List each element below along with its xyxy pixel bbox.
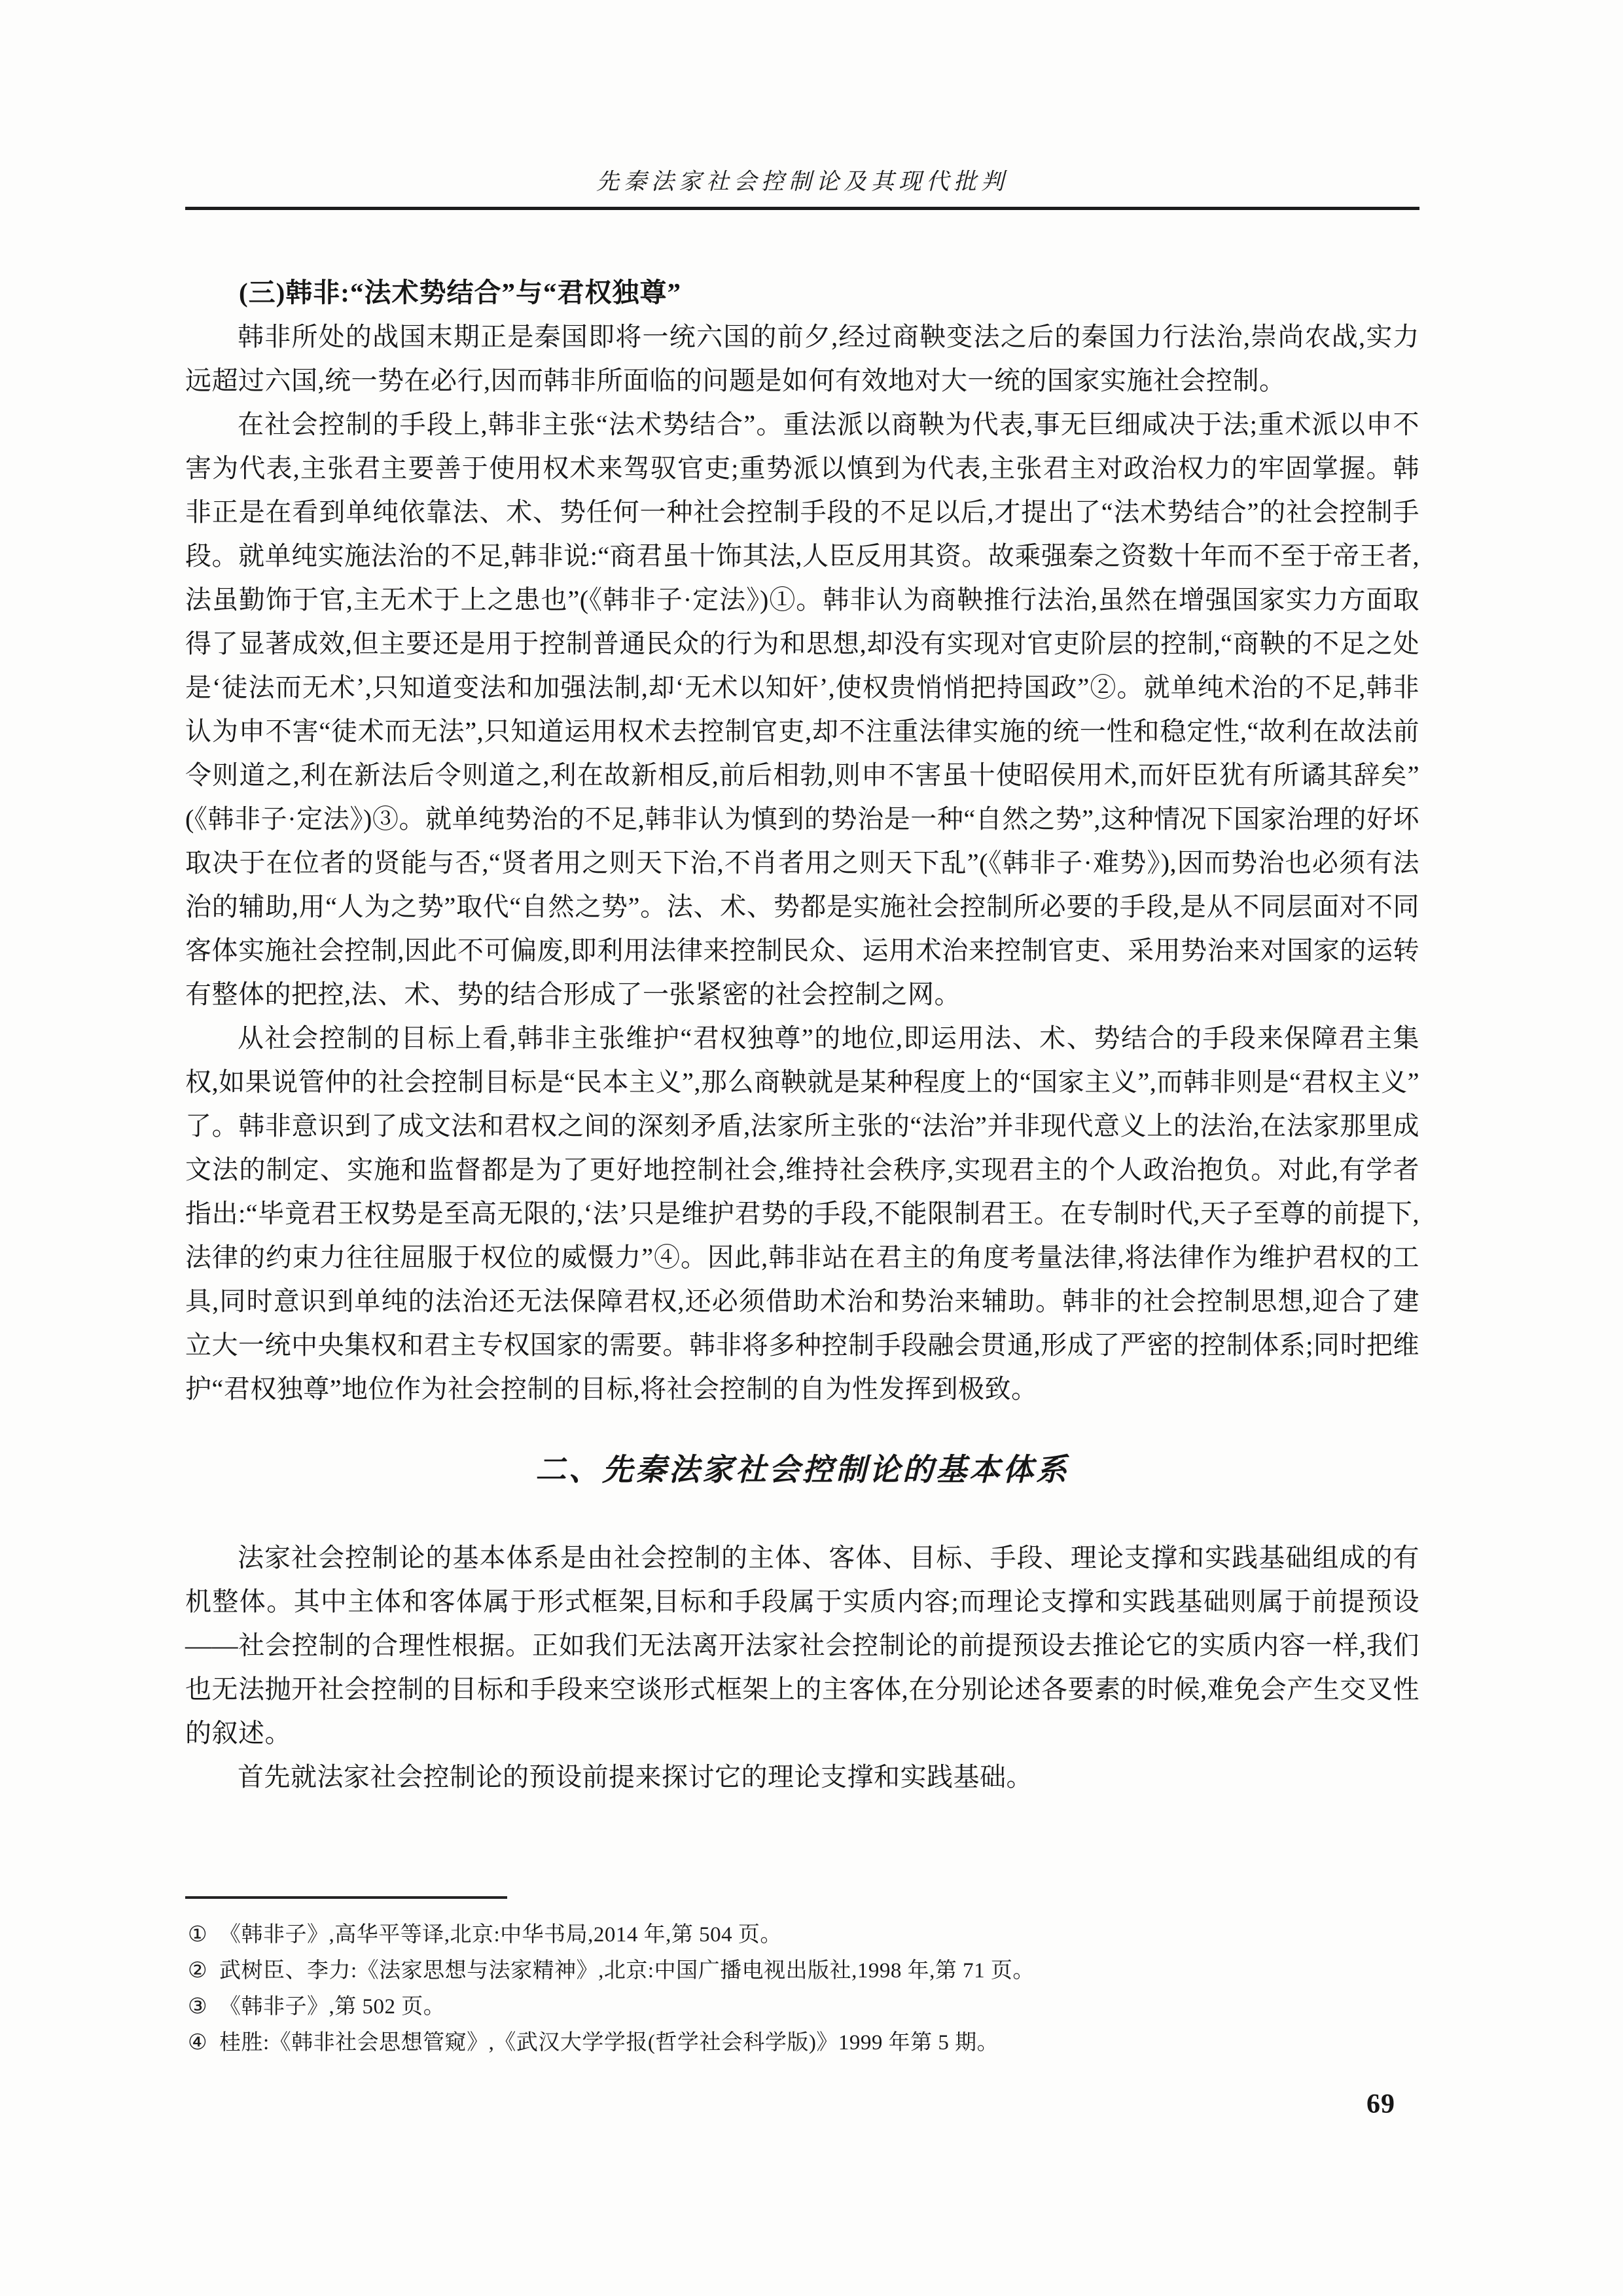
footnote-text: 《韩非子》,第 502 页。 xyxy=(219,1989,1419,2025)
footnote-marker: ③ xyxy=(188,1989,219,2025)
paragraph: 首先就法家社会控制论的预设前提来探讨它的理论支撑和实践基础。 xyxy=(185,1755,1419,1799)
footnotes-block: ① 《韩非子》,高华平等译,北京:中华书局,2014 年,第 504 页。 ② … xyxy=(185,1896,1419,2061)
footnote-item: ② 武树臣、李力:《法家思想与法家精神》,北京:中国广播电视出版社,1998 年… xyxy=(185,1953,1419,1989)
footnote-list: ① 《韩非子》,高华平等译,北京:中华书局,2014 年,第 504 页。 ② … xyxy=(185,1917,1419,2061)
page-number: 69 xyxy=(1366,2089,1395,2120)
running-head-title: 先秦法家社会控制论及其现代批判 xyxy=(185,164,1419,196)
paragraph: 在社会控制的手段上,韩非主张“法术势结合”。重法派以商鞅为代表,事无巨细咸决于法… xyxy=(185,402,1419,1016)
paragraph: 从社会控制的目标上看,韩非主张维护“君权独尊”的地位,即运用法、术、势结合的手段… xyxy=(185,1016,1419,1411)
footnote-separator-rule xyxy=(185,1896,507,1899)
footnote-item: ④ 桂胜:《韩非社会思想管窥》,《武汉大学学报(哲学社会科学版)》1999 年第… xyxy=(185,2025,1419,2061)
subsection-heading: (三)韩非:“法术势结合”与“君权独尊” xyxy=(185,271,1419,315)
footnote-item: ③ 《韩非子》,第 502 页。 xyxy=(185,1989,1419,2025)
footnote-marker: ④ xyxy=(188,2025,219,2061)
document-page: 先秦法家社会控制论及其现代批判 (三)韩非:“法术势结合”与“君权独尊” 韩非所… xyxy=(0,0,1623,2296)
paragraph: 韩非所处的战国末期正是秦国即将一统六国的前夕,经过商鞅变法之后的秦国力行法治,崇… xyxy=(185,315,1419,402)
section-heading: 二、先秦法家社会控制论的基本体系 xyxy=(185,1449,1419,1492)
page-header: 先秦法家社会控制论及其现代批判 xyxy=(185,0,1419,210)
footnote-text: 桂胜:《韩非社会思想管窥》,《武汉大学学报(哲学社会科学版)》1999 年第 5… xyxy=(219,2025,1419,2061)
footnote-text: 《韩非子》,高华平等译,北京:中华书局,2014 年,第 504 页。 xyxy=(219,1917,1419,1953)
footnote-marker: ① xyxy=(188,1917,219,1953)
header-rule xyxy=(185,207,1419,210)
footnote-item: ① 《韩非子》,高华平等译,北京:中华书局,2014 年,第 504 页。 xyxy=(185,1917,1419,1953)
footnote-marker: ② xyxy=(188,1953,219,1989)
paragraph: 法家社会控制论的基本体系是由社会控制的主体、客体、目标、手段、理论支撑和实践基础… xyxy=(185,1536,1419,1755)
article-body: (三)韩非:“法术势结合”与“君权独尊” 韩非所处的战国末期正是秦国即将一统六国… xyxy=(185,271,1419,1799)
footnote-text: 武树臣、李力:《法家思想与法家精神》,北京:中国广播电视出版社,1998 年,第… xyxy=(219,1953,1419,1989)
